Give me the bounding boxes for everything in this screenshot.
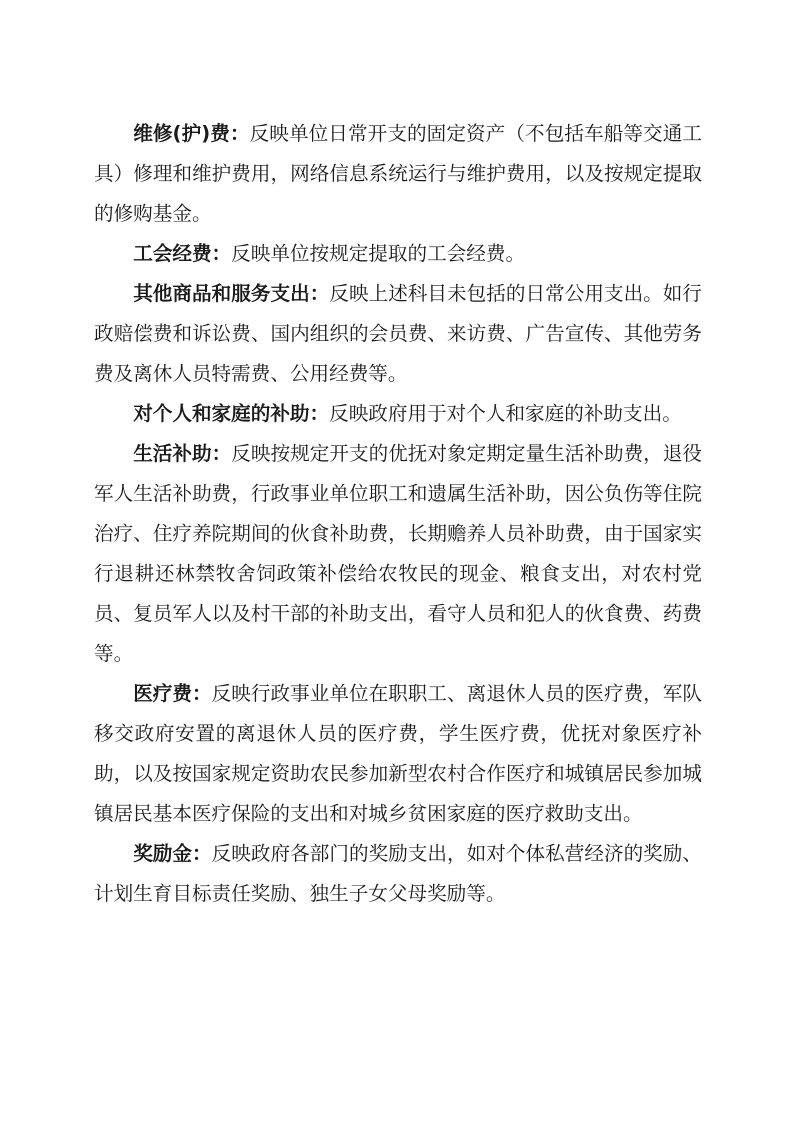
paragraph-union-fee: 工会经费：反映单位按规定提取的工会经费。 xyxy=(94,234,702,274)
term-heading: 维修(护)费： xyxy=(133,122,249,145)
paragraph-maintenance-fee: 维修(护)费：反映单位日常开支的固定资产（不包括车船等交通工具）修理和维护费用，… xyxy=(94,114,702,234)
term-definition: 反映按规定开支的优抚对象定期定量生活补助费，退役军人生活补助费，行政事业单位职工… xyxy=(94,442,702,665)
term-heading: 对个人和家庭的补助： xyxy=(133,402,329,425)
term-heading: 医疗费： xyxy=(133,682,211,705)
paragraph-other-goods-services: 其他商品和服务支出：反映上述科目未包括的日常公用支出。如行政赔偿费和诉讼费、国内… xyxy=(94,274,702,394)
term-heading: 工会经费： xyxy=(133,242,231,265)
term-heading: 生活补助： xyxy=(133,442,231,465)
document-page: 维修(护)费：反映单位日常开支的固定资产（不包括车船等交通工具）修理和维护费用，… xyxy=(94,114,702,914)
term-definition: 反映政府用于对个人和家庭的补助支出。 xyxy=(329,402,682,425)
paragraph-medical-fee: 医疗费：反映行政事业单位在职职工、离退休人员的医疗费，军队移交政府安置的离退休人… xyxy=(94,674,702,834)
term-heading: 奖励金： xyxy=(133,842,211,865)
paragraph-individual-family-subsidy: 对个人和家庭的补助：反映政府用于对个人和家庭的补助支出。 xyxy=(94,394,702,434)
paragraph-living-subsidy: 生活补助：反映按规定开支的优抚对象定期定量生活补助费，退役军人生活补助费，行政事… xyxy=(94,434,702,674)
term-definition: 反映单位按规定提取的工会经费。 xyxy=(231,242,525,265)
paragraph-reward-fund: 奖励金：反映政府各部门的奖励支出，如对个体私营经济的奖励、计划生育目标责任奖励、… xyxy=(94,834,702,914)
term-heading: 其他商品和服务支出： xyxy=(133,282,329,305)
